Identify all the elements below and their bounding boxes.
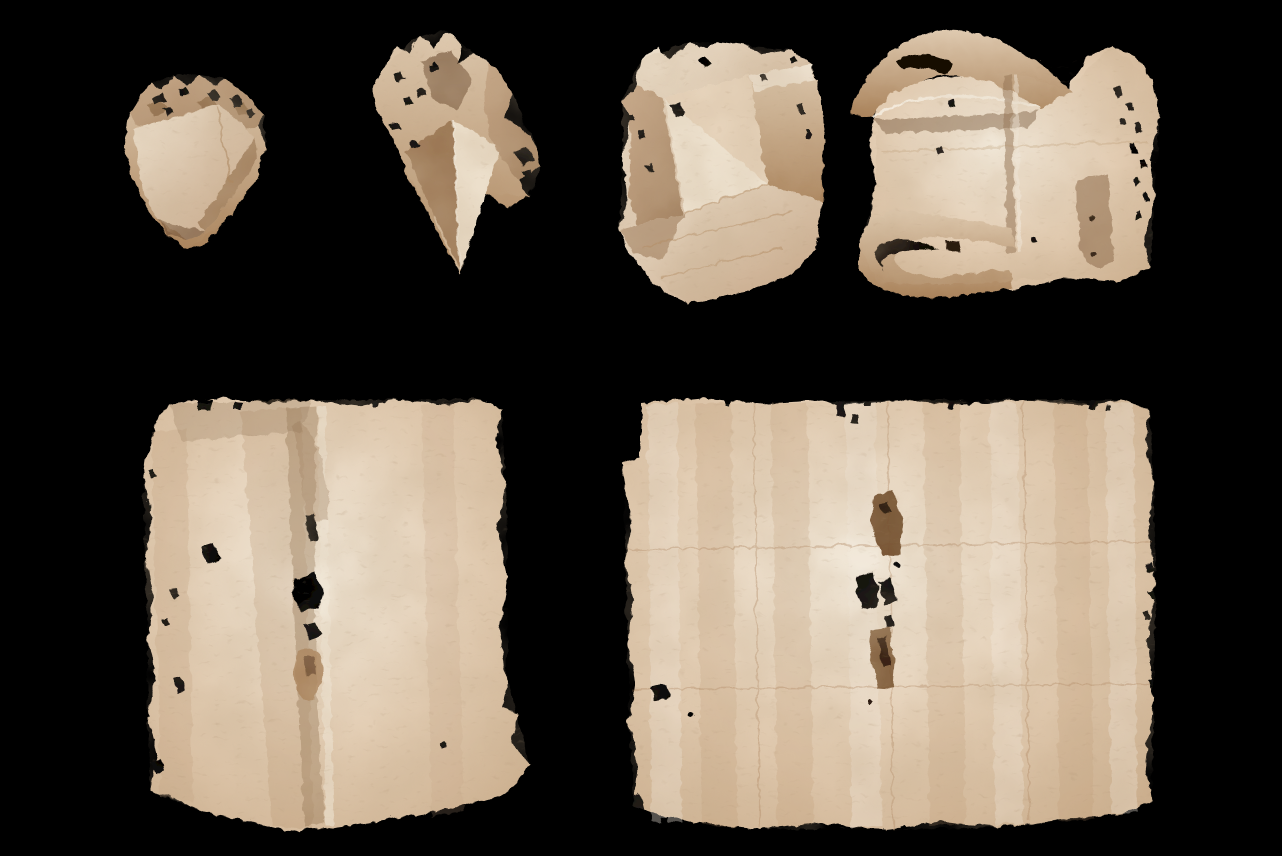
- letter-folded-stage-4: [848, 28, 1158, 297]
- letter-flattened-full: [620, 396, 1155, 830]
- photo-canvas: [0, 0, 1282, 856]
- letter-flattened-half: [142, 396, 528, 830]
- unfolding-letter-photo: [0, 0, 1282, 856]
- letter-folded-stage-3: [618, 40, 823, 302]
- texture-script: [620, 398, 1154, 828]
- texture-script: [142, 398, 528, 830]
